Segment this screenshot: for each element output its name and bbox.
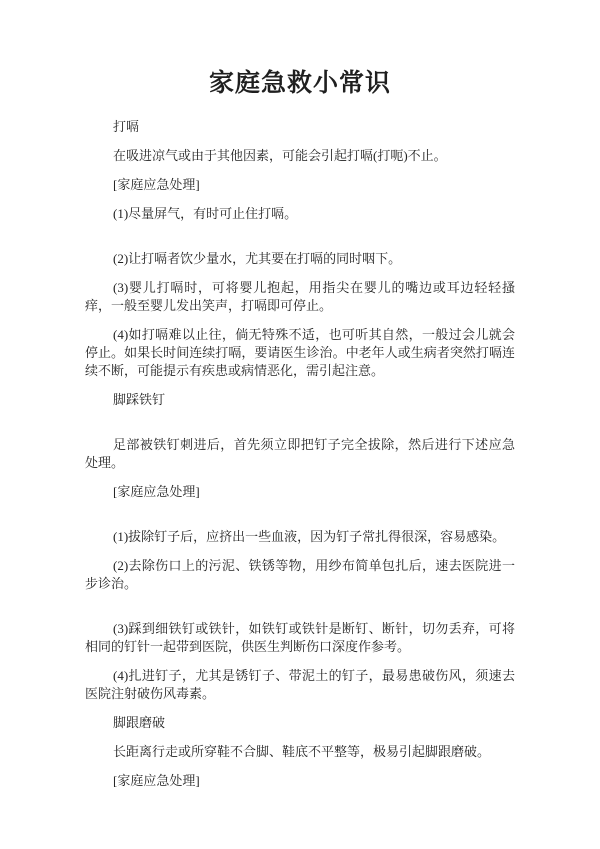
paragraph-spacer	[85, 420, 515, 436]
paragraph: 长距离行走或所穿鞋不合脚、鞋底不平整等，极易引起脚跟磨破。	[85, 743, 515, 761]
section-heading: 打嗝	[85, 118, 515, 136]
section-heading: 脚踩铁钉	[85, 391, 515, 409]
paragraph-spacer	[85, 604, 515, 620]
paragraph: (1)尽量屏气，有时可止住打嗝。	[85, 205, 515, 223]
section-heading: 脚跟磨破	[85, 714, 515, 732]
emergency-treatment-label: [家庭应急处理]	[85, 772, 515, 790]
paragraph: (3)踩到细铁钉或铁针，如铁钉或铁针是断钉、断针，切勿丢弃，可将相同的钉针一起带…	[85, 620, 515, 656]
paragraph: (4)扎进钉子，尤其是锈钉子、带泥土的钉子，最易患破伤风，须速去医院注射破伤风毒…	[85, 667, 515, 703]
paragraph: (1)拔除钉子后，应挤出一些血液，因为钉子常扎得很深，容易感染。	[85, 528, 515, 546]
emergency-treatment-label: [家庭应急处理]	[85, 176, 515, 194]
paragraph: (4)如打嗝难以止往，倘无特殊不适，也可听其自然，一般过会儿就会停止。如果长时间…	[85, 326, 515, 380]
paragraph-spacer	[85, 512, 515, 528]
emergency-treatment-label: [家庭应急处理]	[85, 483, 515, 501]
document-body: 打嗝在吸进凉气或由于其他因素，可能会引起打嗝(打呃)不止。[家庭应急处理](1)…	[85, 118, 515, 790]
paragraph: 足部被铁钉刺进后，首先须立即把钉子完全拔除，然后进行下述应急处理。	[85, 436, 515, 472]
paragraph: 在吸进凉气或由于其他因素，可能会引起打嗝(打呃)不止。	[85, 147, 515, 165]
document-page: 家庭急救小常识 打嗝在吸进凉气或由于其他因素，可能会引起打嗝(打呃)不止。[家庭…	[0, 0, 600, 849]
paragraph: (3)婴儿打嗝时，可将婴儿抱起，用指尖在婴儿的嘴边或耳边轻轻搔痒，一般至婴儿发出…	[85, 279, 515, 315]
paragraph: (2)去除伤口上的污泥、铁锈等物，用纱布简单包扎后，速去医院进一步诊治。	[85, 557, 515, 593]
paragraph: (2)让打嗝者饮少量水，尤其要在打嗝的同时咽下。	[85, 250, 515, 268]
page-title: 家庭急救小常识	[85, 68, 515, 100]
paragraph-spacer	[85, 234, 515, 250]
